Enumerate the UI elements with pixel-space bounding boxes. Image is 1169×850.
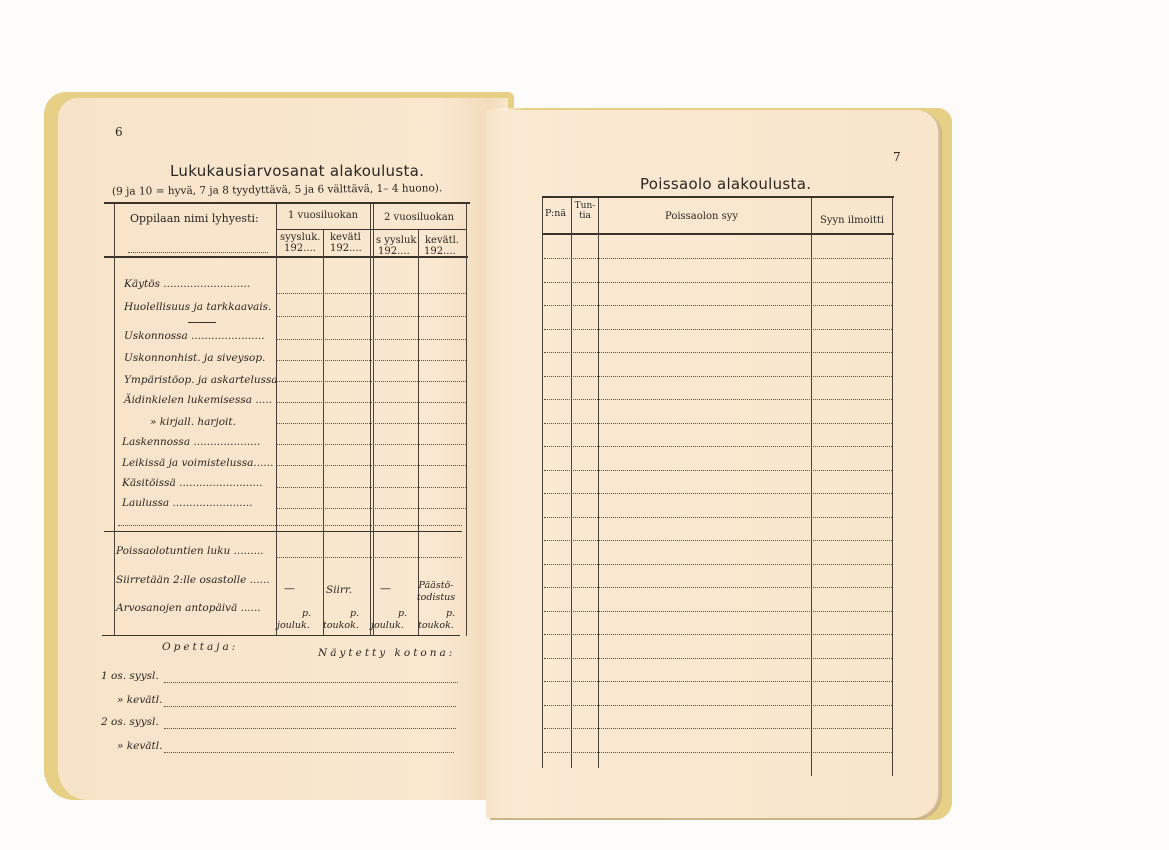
date-label: Arvosanojen antopäivä ...... [116,602,261,614]
absence-row [544,399,892,400]
absence-row [544,258,892,259]
absence-row [544,705,892,706]
absence-row [544,329,892,330]
date-p-2: p. [350,608,359,619]
subject-row: Äidinkielen lukemisessa ..... [124,394,272,406]
name-column-header: Oppilaan nimi lyhyesti: [130,212,259,225]
signature-row: 2 os. syysl. [101,716,159,728]
term-year-4: 192.... [424,246,456,257]
term-year-3: 192.... [378,246,410,257]
subject-row: Laulussa ........................ [122,497,253,509]
col-header-hours: Tun-tia [573,201,597,221]
right-page-title: Poissaolo alakoulusta. [640,175,811,193]
term-header-2: kevätl [330,232,361,243]
shown-home-label: Näytetty kotona: [318,647,455,659]
absence-row [544,634,892,635]
subject-row: Laskennossa .................... [122,436,260,448]
transfer-value-4: Päästö-todistus [414,580,458,604]
signature-row: 1 os. syysl. [101,670,159,682]
date-month-2: toukok. [323,620,359,631]
absence-row [544,493,892,494]
absence-row [544,352,892,353]
term-year-2: 192.... [330,243,362,254]
absence-row [544,611,892,612]
absence-row [544,658,892,659]
subject-row: Uskonnonhist. ja siveysop. [124,352,265,364]
date-month-3: jouluk. [371,620,404,631]
absence-row [544,564,892,565]
absence-row [544,681,892,682]
year1-header: 1 vuosiluokan [288,210,358,221]
term-header-1: syysluk. [280,232,320,243]
absence-hours-label: Poissaolotuntien luku ......... [116,545,264,557]
absence-row [544,728,892,729]
transfer-value-1: — [284,582,295,595]
date-p-3: p. [398,608,407,619]
subject-row: Käsitöissä ......................... [122,477,263,489]
right-page-number: 7 [893,150,901,164]
absence-row [544,282,892,283]
absence-row [544,423,892,424]
transfer-value-2: Siirr. [326,584,352,596]
signature-row: » kevätl. [117,694,162,706]
absence-row [544,376,892,377]
term-year-1: 192.... [284,243,316,254]
subject-row: » kirjall. harjoit. [150,416,236,428]
absence-row [544,470,892,471]
year2-header: 2 vuosiluokan [384,212,454,223]
subject-row: Ympäristöop. ja askartelussa [124,374,278,386]
date-month-4: toukok. [418,620,454,631]
date-p-4: p. [446,608,455,619]
absence-row [544,517,892,518]
col-header-date: P:nä [545,208,566,219]
subject-row: Leikissä ja voimistelussa...... [122,457,273,469]
date-month-1: jouluk. [277,620,310,631]
transfer-label: Siirretään 2:lle osastolle ...... [116,574,270,586]
left-page-number: 6 [115,125,123,139]
term-header-3: s yysluk [376,235,416,246]
absence-row [544,305,892,306]
absence-row [544,446,892,447]
subject-row: Huolellisuus ja tarkkaavais. [124,301,271,313]
teacher-label: Opettaja: [162,641,238,653]
term-header-4: kevätl. [425,235,459,246]
subject-row: Uskonnossa ...................... [124,330,265,342]
date-p-1: p. [302,608,311,619]
transfer-value-3: — [380,582,391,595]
col-header-reported-by: Syyn ilmoitti [820,215,884,226]
absence-row [544,540,892,541]
absence-row [544,752,892,753]
col-header-reason: Poissaolon syy [665,211,738,222]
signature-row: » kevätl. [117,740,162,752]
left-page-title: Lukukausiarvosanat alakoulusta. [170,162,424,180]
subject-row: Käytös .......................... [124,278,250,290]
absence-row [544,587,892,588]
